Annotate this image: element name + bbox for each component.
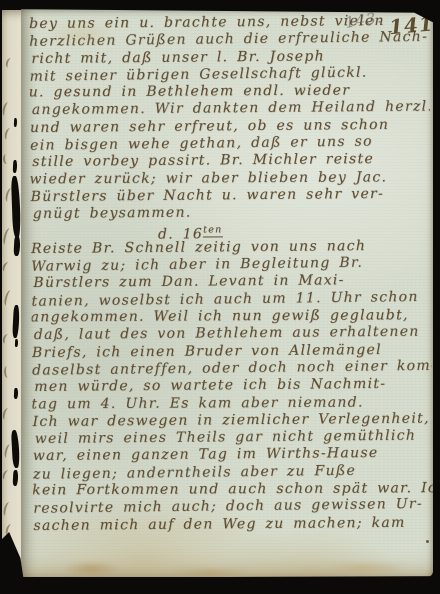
manuscript-scan: 143. 141. bey uns ein u. brachte uns, ne… xyxy=(0,0,440,594)
manuscript-line: weil mirs eines Theils gar nicht gemüthl… xyxy=(35,428,433,449)
manuscript-line: wieder zurück; wir aber blieben bey Jac. xyxy=(29,169,429,189)
manuscript-line: angekommen. Wir dankten dem Heiland herz… xyxy=(32,99,432,120)
facing-page-ink-fragment xyxy=(1,101,11,116)
facing-page-ink-fragment xyxy=(2,154,10,165)
facing-page-ink-fragment xyxy=(2,469,12,481)
manuscript-line: gnügt beysammen. xyxy=(33,203,433,224)
manuscript-line: tag um 4. Uhr. Es kam aber niemand. xyxy=(31,394,431,414)
manuscript-line: daß, laut des von Bethlehem aus erhalten… xyxy=(34,324,433,345)
scan-border-bottom xyxy=(0,576,440,594)
facing-page-ink-fragment xyxy=(2,333,11,344)
facing-page-ink-fragment xyxy=(5,57,14,68)
facing-page-edge xyxy=(2,10,23,576)
paragraph-2: Reiste Br. Schnell zeitig von uns nachWa… xyxy=(31,237,433,535)
date-heading-superscript: ten xyxy=(203,224,223,237)
facing-page-ink-fragment xyxy=(2,501,12,516)
facing-page-ink-fragment xyxy=(4,127,14,140)
manuscript-text: bey uns ein u. brachte uns, nebst vielen… xyxy=(29,13,433,572)
ink-speck xyxy=(426,540,429,543)
facing-page-ink-fragment xyxy=(3,366,11,379)
facing-page-ink-fragment xyxy=(2,407,12,420)
manuscript-page: 143. 141. bey uns ein u. brachte uns, ne… xyxy=(21,9,433,577)
date-heading: d. 16ten xyxy=(158,222,223,240)
manuscript-line: men würde, so wartete ich bis Nachmit- xyxy=(34,376,433,397)
facing-page-ink-fragment xyxy=(2,227,13,245)
facing-page-ink-fragment xyxy=(1,261,11,273)
paragraph-1: bey uns ein u. brachte uns, nebst vielen… xyxy=(29,13,431,224)
scan-border-left xyxy=(0,0,2,594)
facing-page-ink-fragment xyxy=(3,289,14,306)
scan-border-right xyxy=(433,0,440,594)
